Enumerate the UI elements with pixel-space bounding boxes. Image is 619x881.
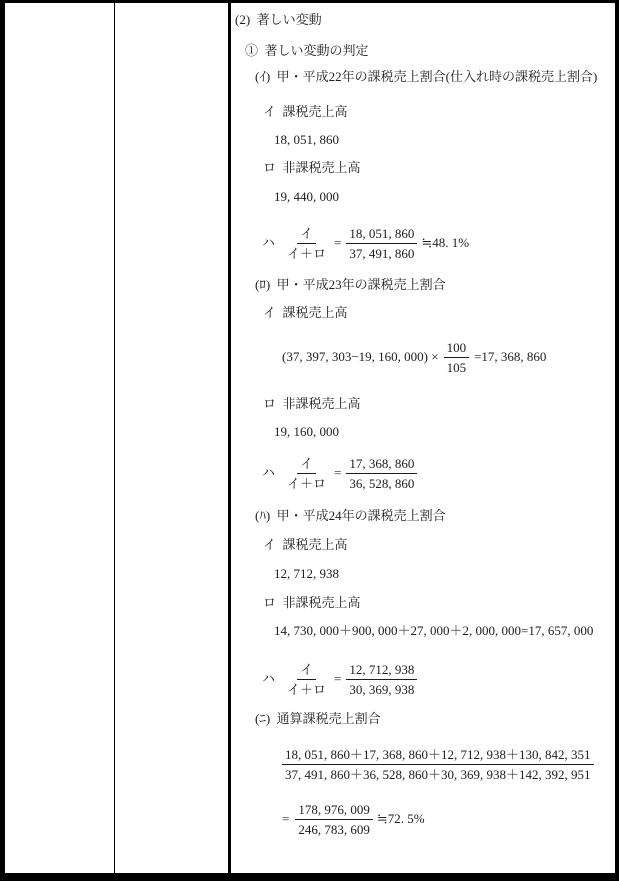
label-ro-nontaxable-sales-h22: ロ 非課税売上高 bbox=[263, 160, 361, 176]
table-column-divider-1 bbox=[114, 3, 115, 873]
fraction-cumulative-totals: 178, 976, 009 246, 783, 609 bbox=[295, 802, 373, 837]
formula-cumulative-result: = 178, 976, 009 246, 783, 609 ≒72. 5% bbox=[282, 797, 425, 841]
formula-cumulative-fraction: 18, 051, 860＋17, 368, 860＋12, 712, 938＋1… bbox=[282, 742, 594, 786]
formula-taxable-sales-h23: (37, 397, 303−19, 160, 000) × 100 105 =1… bbox=[282, 335, 546, 379]
value-taxable-sales-h24: 12, 712, 938 bbox=[274, 566, 339, 582]
formula-ha-ratio-h22: ハ イ イ＋ロ = 18, 051, 860 37, 491, 860 ≒48.… bbox=[262, 221, 469, 265]
fraction-h24-values: 12, 712, 938 30, 369, 938 bbox=[346, 662, 417, 697]
fraction-i-over-i-plus-ro: イ イ＋ロ bbox=[284, 226, 329, 261]
formula-ha-ratio-h23: ハ イ イ＋ロ = 17, 368, 860 36, 528, 860 bbox=[262, 451, 417, 495]
item-ha-h24-ratio: (ﾊ) 甲・平成24年の課税売上割合 bbox=[255, 508, 446, 524]
value-nontaxable-sales-h23: 19, 160, 000 bbox=[274, 424, 339, 440]
item-ni-cumulative-ratio: (ﾆ) 通算課税売上割合 bbox=[255, 711, 381, 727]
heading-notable-change: (2) 著しい変動 bbox=[235, 12, 322, 28]
formula-label-ha: ハ bbox=[262, 465, 275, 481]
value-taxable-sales-h22: 18, 051, 860 bbox=[274, 132, 339, 148]
equals-sign: = bbox=[334, 671, 341, 687]
fraction-100-over-105: 100 105 bbox=[444, 340, 470, 375]
fraction-h22-values: 18, 051, 860 37, 491, 860 bbox=[346, 226, 417, 261]
heading-notable-change-judgment: ① 著しい変動の判定 bbox=[245, 43, 369, 59]
formula-ha-ratio-h24: ハ イ イ＋ロ = 12, 712, 938 30, 369, 938 bbox=[262, 657, 417, 701]
label-ro-nontaxable-sales-h24: ロ 非課税売上高 bbox=[263, 595, 361, 611]
label-i-taxable-sales-h23: イ 課税売上高 bbox=[263, 305, 348, 321]
formula-lhs-h23: (37, 397, 303−19, 160, 000) × bbox=[282, 349, 439, 365]
formula-rhs-h23: =17, 368, 860 bbox=[474, 349, 546, 365]
value-nontaxable-sales-h22: 19, 440, 000 bbox=[274, 189, 339, 205]
fraction-i-over-i-plus-ro: イ イ＋ロ bbox=[284, 456, 329, 491]
label-ro-nontaxable-sales-h23: ロ 非課税売上高 bbox=[263, 396, 361, 412]
formula-label-ha: ハ bbox=[262, 235, 275, 251]
fraction-i-over-i-plus-ro: イ イ＋ロ bbox=[284, 662, 329, 697]
table-content-column: (2) 著しい変動 ① 著しい変動の判定 (ｲ) 甲・平成22年の課税売上割合(… bbox=[232, 0, 615, 873]
table-column-divider-2 bbox=[228, 3, 231, 873]
equals-sign: = bbox=[334, 235, 341, 251]
label-i-taxable-sales-h22: イ 課税売上高 bbox=[263, 104, 348, 120]
approx-result-cumulative: ≒72. 5% bbox=[377, 811, 425, 827]
item-ro-h23-ratio: (ﾛ) 甲・平成23年の課税売上割合 bbox=[255, 277, 446, 293]
fraction-h23-values: 17, 368, 860 36, 528, 860 bbox=[346, 456, 417, 491]
formula-label-ha: ハ bbox=[262, 671, 275, 687]
equals-sign: = bbox=[334, 465, 341, 481]
item-i-h22-ratio: (ｲ) 甲・平成22年の課税売上割合(仕入れ時の課税売上割合) bbox=[255, 69, 597, 85]
label-i-taxable-sales-h24: イ 課税売上高 bbox=[263, 537, 348, 553]
document-page: (2) 著しい変動 ① 著しい変動の判定 (ｲ) 甲・平成22年の課税売上割合(… bbox=[0, 0, 619, 881]
formula-nontaxable-sales-h24: 14, 730, 000＋900, 000＋27, 000＋2, 000, 00… bbox=[274, 623, 593, 639]
approx-result-h22: ≒48. 1% bbox=[421, 235, 469, 251]
fraction-cumulative-sums: 18, 051, 860＋17, 368, 860＋12, 712, 938＋1… bbox=[282, 747, 594, 782]
equals-sign: = bbox=[282, 811, 289, 827]
